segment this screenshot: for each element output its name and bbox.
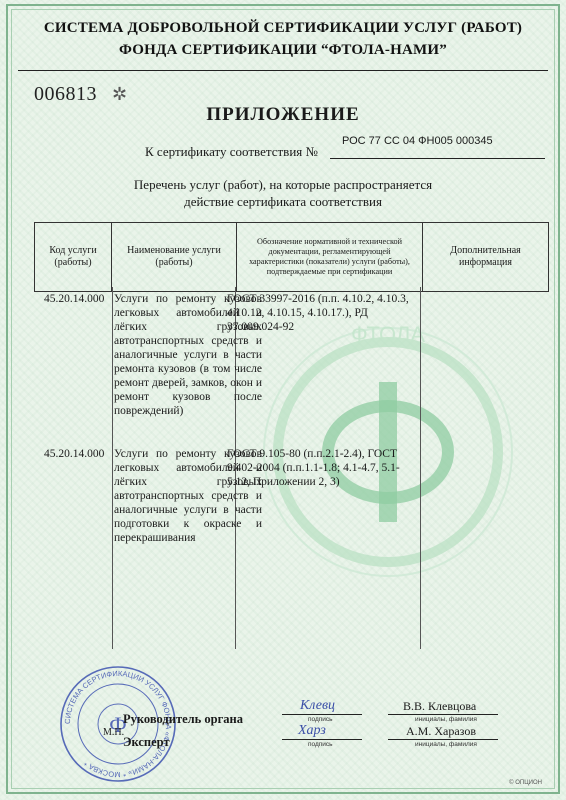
column-header-code: Код услуги (работы) xyxy=(35,223,112,292)
subtitle-line-1: Перечень услуг (работ), на которые распр… xyxy=(0,177,566,193)
serial-star-icon: ✲ xyxy=(112,84,127,105)
column-divider xyxy=(420,287,421,649)
signature-line xyxy=(282,714,362,715)
service-code: 45.20.14.000 xyxy=(44,447,104,461)
signature-caption: подпись xyxy=(308,716,333,723)
page-title: ПРИЛОЖЕНИЕ xyxy=(0,104,566,126)
initials-caption: инициалы, фамилия xyxy=(415,716,477,723)
subtitle-line-2: действие сертификата соответствия xyxy=(0,194,566,210)
column-header-standards: Обозначение нормативной и технической до… xyxy=(237,223,423,292)
certificate-label: К сертификату соответствия № xyxy=(145,144,318,160)
printer-mark: © ОПЦИОН xyxy=(509,780,542,786)
head-of-body-label: Руководитель органа xyxy=(123,712,243,727)
initials-caption: инициалы, фамилия xyxy=(415,741,477,748)
services-table-header: Код услуги (работы) Наименование услуги … xyxy=(34,222,549,292)
head-name: В.В. Клевцова xyxy=(403,699,476,714)
column-header-name: Наименование услуги (работы) xyxy=(112,223,237,292)
service-standards: ГОСТ 33997-2016 (п.п. 4.10.2, 4.10.3, 4.… xyxy=(227,292,412,334)
signature-caption: подпись xyxy=(308,741,333,748)
header-line-1: СИСТЕМА ДОБРОВОЛЬНОЙ СЕРТИФИКАЦИИ УСЛУГ … xyxy=(0,20,566,37)
certificate-number-line xyxy=(330,158,545,159)
expert-label: Эксперт xyxy=(123,735,170,750)
expert-name: А.М. Харазов xyxy=(406,724,476,739)
header-divider xyxy=(18,70,548,71)
expert-signature: Харз xyxy=(298,723,326,739)
header-line-2: ФОНДА СЕРТИФИКАЦИИ “ФТОЛА-НАМИ” xyxy=(0,42,566,59)
name-line xyxy=(388,739,498,740)
signature-line xyxy=(282,739,362,740)
column-divider xyxy=(112,287,113,649)
head-signature: Клевц xyxy=(300,698,335,714)
certificate-number: РОС 77 СС 04 ФН005 000345 xyxy=(342,135,493,147)
service-code: 45.20.14.000 xyxy=(44,292,104,306)
service-standards: ГОСТ 9.105-80 (п.п.2.1-2.4), ГОСТ 9.402-… xyxy=(227,447,412,489)
column-header-additional: Дополнительная информация xyxy=(423,223,549,292)
seal-place-label: М.П. xyxy=(103,727,124,738)
name-line xyxy=(388,714,498,715)
serial-number: 006813 xyxy=(34,83,97,106)
